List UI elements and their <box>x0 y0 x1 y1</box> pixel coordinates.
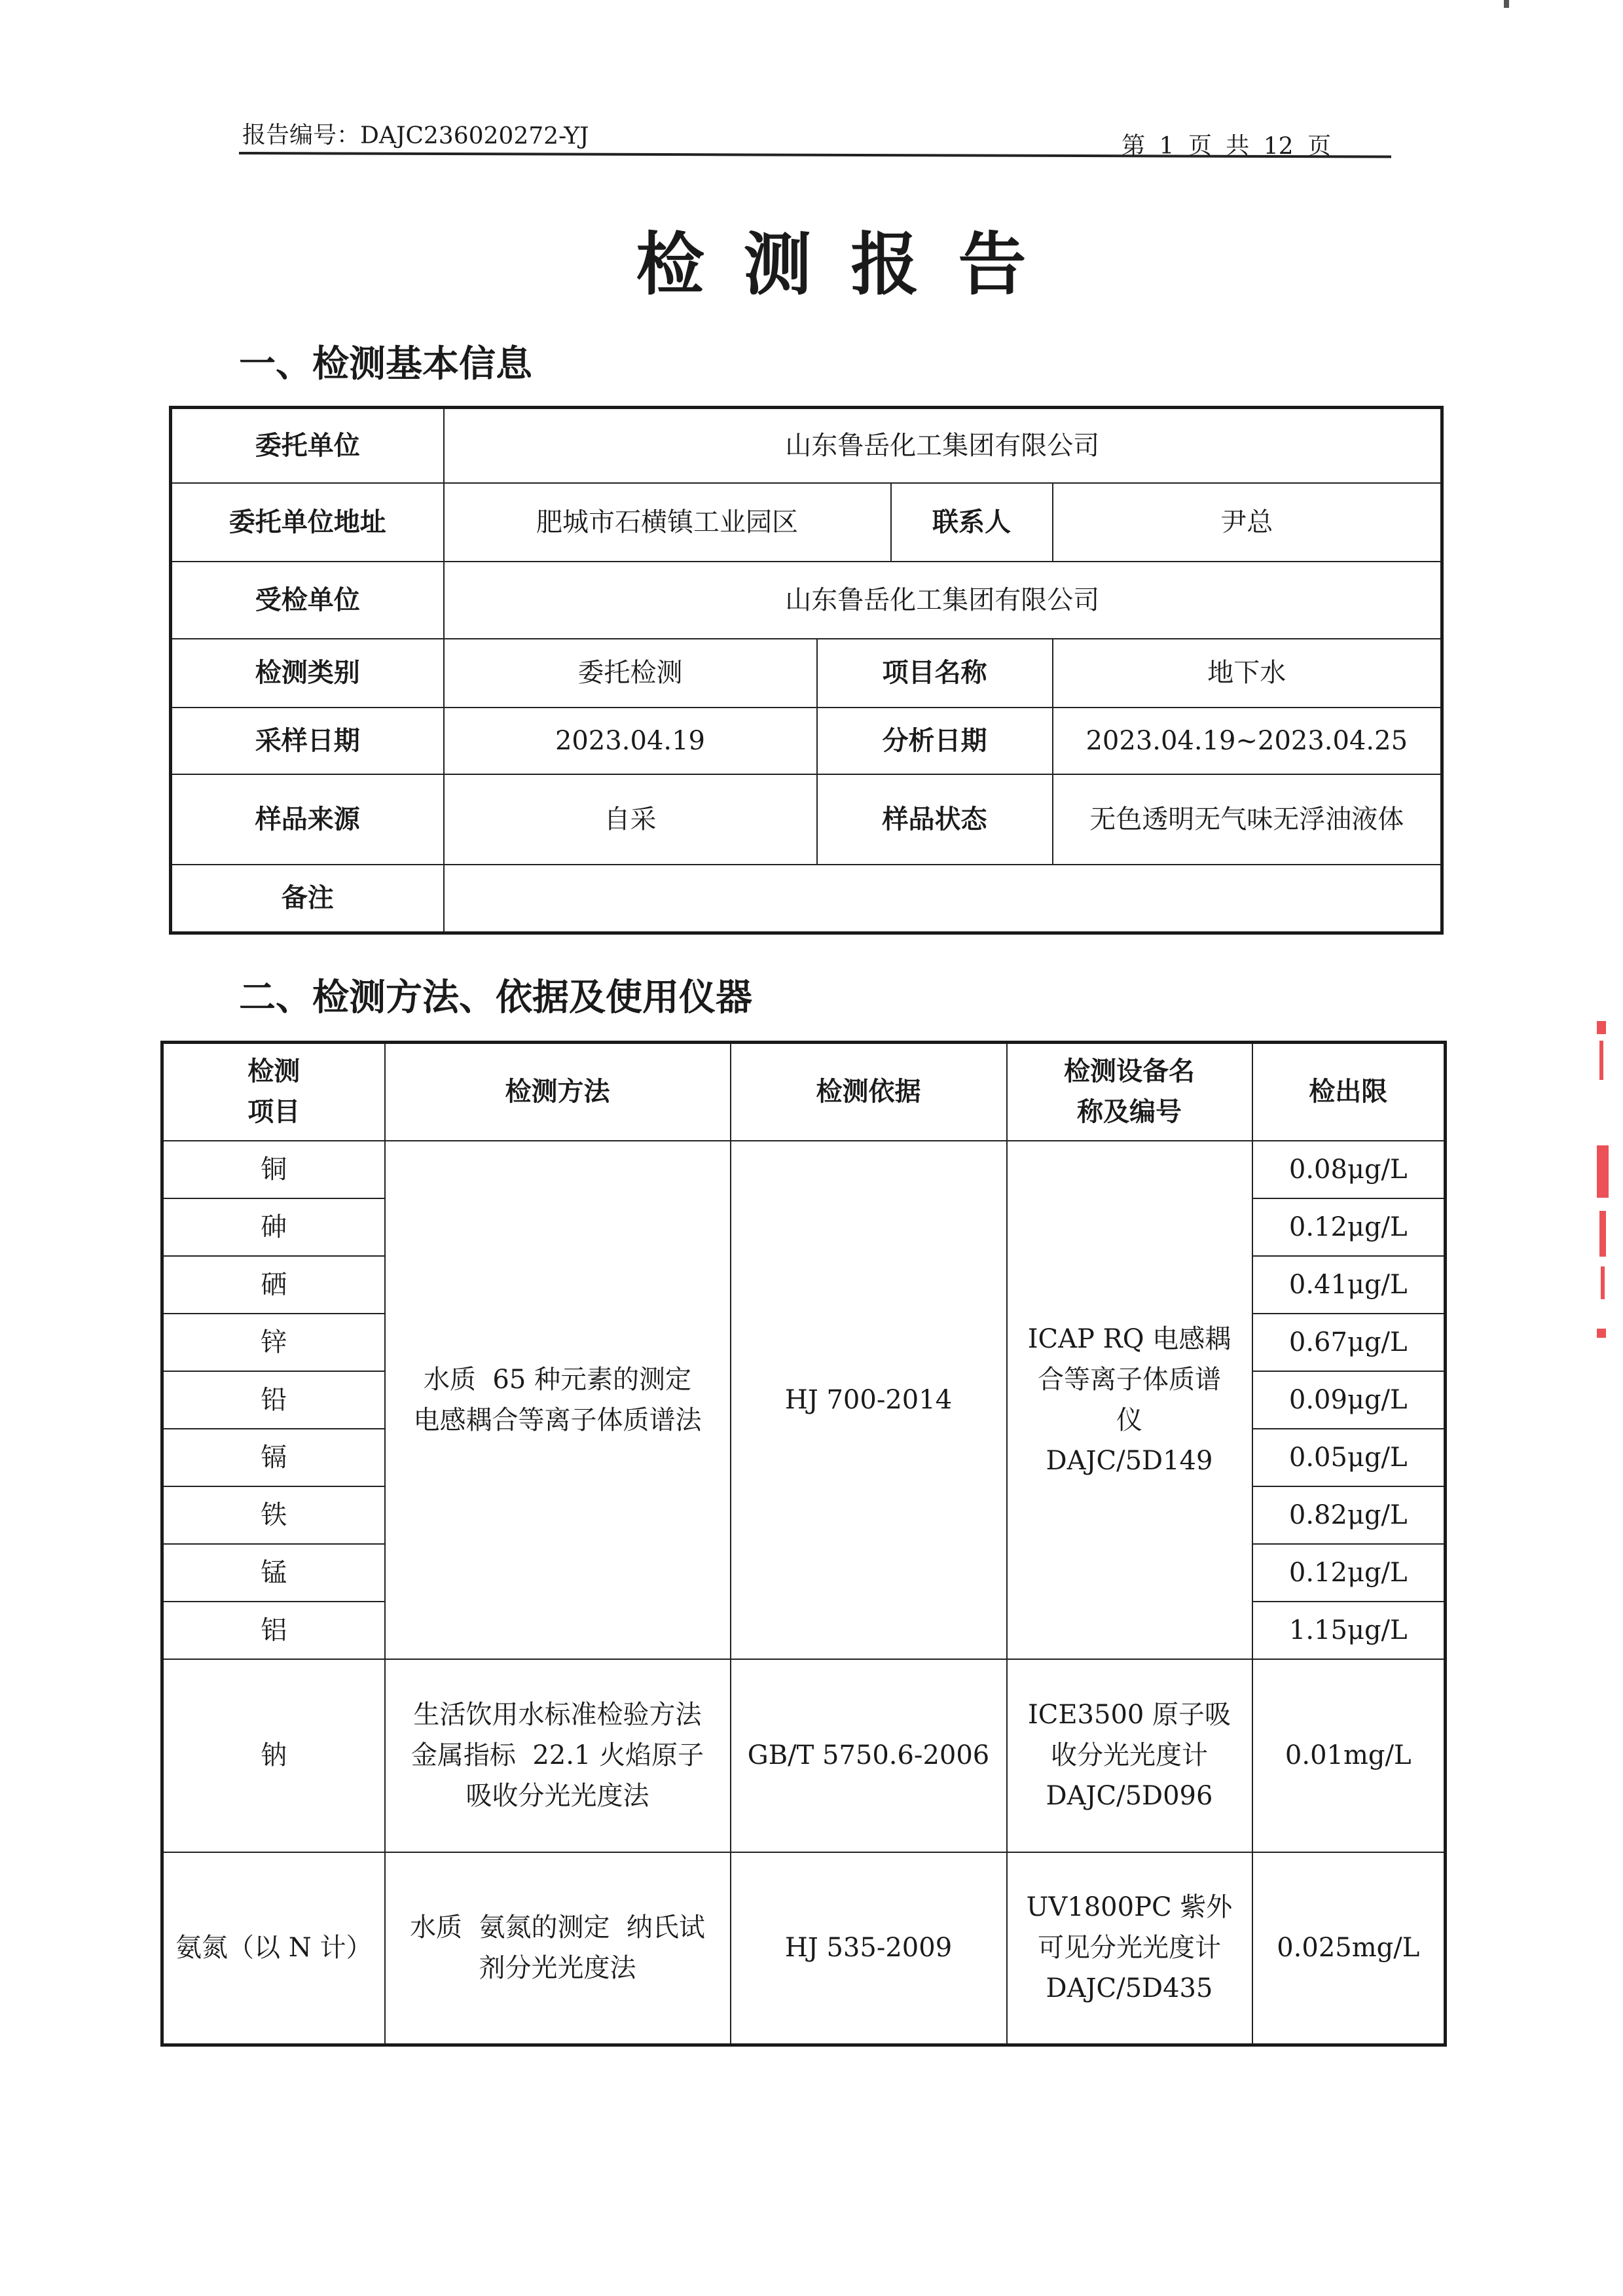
method-line: 剂分光光度法 <box>391 1948 725 1988</box>
method-line: 水质 氨氮的测定 纳氏试 <box>391 1907 725 1948</box>
inspected-unit-value: 山东鲁岳化工集团有限公司 <box>444 562 1442 639</box>
method-line: 生活饮用水标准检验方法 <box>391 1695 725 1735</box>
methods-table: 检测 项目 检测方法 检测依据 检测设备名 称及编号 检出限 铜 水质 65 种… <box>160 1041 1447 2047</box>
analysis-date-label: 分析日期 <box>817 708 1053 774</box>
table-row: 备注 <box>171 865 1442 933</box>
equipment-line: ICE3500 原子吸 <box>1013 1695 1247 1735</box>
item-name: 锌 <box>162 1314 385 1371</box>
equipment-line: 仪 <box>1013 1400 1247 1441</box>
method-line: 电感耦合等离子体质谱法 <box>391 1400 725 1441</box>
item-name: 砷 <box>162 1198 385 1256</box>
item-name: 锰 <box>162 1544 385 1602</box>
table-row: 委托单位地址 肥城市石横镇工业园区 联系人 尹总 <box>171 483 1442 562</box>
method-cell: 水质 氨氮的测定 纳氏试 剂分光光度法 <box>385 1852 731 2045</box>
method-line: 金属指标 22.1 火焰原子 <box>391 1735 725 1776</box>
col-header-detection-limit: 检出限 <box>1252 1043 1446 1141</box>
detection-limit: 0.12μg/L <box>1252 1198 1446 1256</box>
detection-limit: 0.05μg/L <box>1252 1429 1446 1486</box>
table-row: 采样日期 2023.04.19 分析日期 2023.04.19~2023.04.… <box>171 708 1442 774</box>
section1-heading: 一、检测基本信息 <box>239 335 532 387</box>
detection-limit: 0.41μg/L <box>1252 1256 1446 1314</box>
table-header-row: 检测 项目 检测方法 检测依据 检测设备名 称及编号 检出限 <box>162 1043 1446 1141</box>
col-header-item-line1: 检测 <box>169 1051 379 1092</box>
basic-info-table: 委托单位 山东鲁岳化工集团有限公司 委托单位地址 肥城市石横镇工业园区 联系人 … <box>169 406 1444 935</box>
page-indicator: 第 1 页 共 12 页 <box>1122 127 1331 161</box>
basis-cell: HJ 535-2009 <box>731 1852 1007 2045</box>
detection-limit: 0.08μg/L <box>1252 1141 1446 1198</box>
sample-state-label: 样品状态 <box>817 774 1053 865</box>
remarks-value <box>444 865 1442 933</box>
table-row: 受检单位 山东鲁岳化工集团有限公司 <box>171 562 1442 639</box>
sample-source-label: 样品来源 <box>171 774 444 865</box>
method-line: 水质 65 种元素的测定 <box>391 1359 725 1400</box>
item-name: 氨氮（以 N 计） <box>162 1852 385 2045</box>
table-row: 钠 生活饮用水标准检验方法 金属指标 22.1 火焰原子 吸收分光光度法 GB/… <box>162 1659 1446 1852</box>
basis-cell: HJ 700-2014 <box>731 1141 1007 1659</box>
document-title: 检测报告 <box>0 209 1623 308</box>
col-header-item-line2: 项目 <box>169 1092 379 1132</box>
col-header-basis: 检测依据 <box>731 1043 1007 1141</box>
item-name: 铝 <box>162 1602 385 1659</box>
test-type-value: 委托检测 <box>444 639 817 708</box>
equipment-cell: ICAP RQ 电感耦 合等离子体质谱 仪 DAJC/5D149 <box>1007 1141 1252 1659</box>
detection-limit: 0.01mg/L <box>1252 1659 1446 1852</box>
report-number: 报告编号：DAJC236020272-YJ <box>242 117 589 151</box>
detection-limit: 0.12μg/L <box>1252 1544 1446 1602</box>
detection-limit: 0.09μg/L <box>1252 1371 1446 1429</box>
equipment-line: 收分光光度计 <box>1013 1735 1247 1776</box>
project-name-value: 地下水 <box>1053 639 1442 708</box>
item-name: 硒 <box>162 1256 385 1314</box>
col-header-method: 检测方法 <box>385 1043 731 1141</box>
report-header: 报告编号：DAJC236020272-YJ 第 1 页 共 12 页 <box>239 113 1391 158</box>
seal-stamp-fragment <box>1597 1145 1609 1198</box>
equipment-line: DAJC/5D096 <box>1013 1776 1247 1816</box>
detection-limit: 0.82μg/L <box>1252 1486 1446 1544</box>
test-type-label: 检测类别 <box>171 639 444 708</box>
sampling-date-label: 采样日期 <box>171 708 444 774</box>
equipment-line: ICAP RQ 电感耦 <box>1013 1319 1247 1359</box>
section2-heading: 二、检测方法、依据及使用仪器 <box>239 969 752 1021</box>
seal-stamp-fragment <box>1599 1041 1603 1080</box>
sample-source-value: 自采 <box>444 774 817 865</box>
col-header-equipment: 检测设备名 称及编号 <box>1007 1043 1252 1141</box>
client-address-value: 肥城市石横镇工业园区 <box>445 484 890 561</box>
scan-corner-mark <box>1504 0 1509 8</box>
analysis-date-value: 2023.04.19~2023.04.25 <box>1053 708 1442 774</box>
detection-limit: 0.025mg/L <box>1252 1852 1446 2045</box>
equipment-cell: UV1800PC 紫外 可见分光光度计 DAJC/5D435 <box>1007 1852 1252 2045</box>
equipment-line: DAJC/5D149 <box>1013 1441 1247 1481</box>
seal-stamp-fragment <box>1599 1211 1606 1257</box>
inspected-unit-label: 受检单位 <box>171 562 444 639</box>
client-value: 山东鲁岳化工集团有限公司 <box>444 408 1442 483</box>
item-name: 钠 <box>162 1659 385 1852</box>
seal-stamp-fragment <box>1597 1021 1606 1034</box>
table-row: 氨氮（以 N 计） 水质 氨氮的测定 纳氏试 剂分光光度法 HJ 535-200… <box>162 1852 1446 2045</box>
seal-stamp-fragment <box>1597 1329 1606 1338</box>
client-address-label: 委托单位地址 <box>171 483 444 562</box>
seal-stamp-fragment <box>1601 1266 1605 1299</box>
table-row: 委托单位 山东鲁岳化工集团有限公司 <box>171 408 1442 483</box>
contact-value: 尹总 <box>1053 483 1442 562</box>
sample-state-value: 无色透明无气味无浮油液体 <box>1053 774 1442 865</box>
col-header-equipment-line1: 检测设备名 <box>1013 1051 1247 1092</box>
table-row: 样品来源 自采 样品状态 无色透明无气味无浮油液体 <box>171 774 1442 865</box>
detection-limit: 1.15μg/L <box>1252 1602 1446 1659</box>
project-name-label: 项目名称 <box>817 639 1053 708</box>
table-row: 检测类别 委托检测 项目名称 地下水 <box>171 639 1442 708</box>
client-address-cell: 肥城市石横镇工业园区 联系人 <box>444 483 1053 562</box>
sampling-date-value: 2023.04.19 <box>444 708 817 774</box>
item-name: 镉 <box>162 1429 385 1486</box>
table-row: 铜 水质 65 种元素的测定 电感耦合等离子体质谱法 HJ 700-2014 I… <box>162 1141 1446 1198</box>
remarks-label: 备注 <box>171 865 444 933</box>
contact-label: 联系人 <box>890 484 1052 561</box>
client-label: 委托单位 <box>171 408 444 483</box>
basis-cell: GB/T 5750.6-2006 <box>731 1659 1007 1852</box>
item-name: 铅 <box>162 1371 385 1429</box>
item-name: 铁 <box>162 1486 385 1544</box>
col-header-equipment-line2: 称及编号 <box>1013 1092 1247 1132</box>
method-line: 吸收分光光度法 <box>391 1776 725 1816</box>
equipment-line: 可见分光光度计 <box>1013 1928 1247 1968</box>
equipment-line: UV1800PC 紫外 <box>1013 1887 1247 1928</box>
method-cell: 水质 65 种元素的测定 电感耦合等离子体质谱法 <box>385 1141 731 1659</box>
detection-limit: 0.67μg/L <box>1252 1314 1446 1371</box>
equipment-cell: ICE3500 原子吸 收分光光度计 DAJC/5D096 <box>1007 1659 1252 1852</box>
equipment-line: DAJC/5D435 <box>1013 1968 1247 2009</box>
method-cell: 生活饮用水标准检验方法 金属指标 22.1 火焰原子 吸收分光光度法 <box>385 1659 731 1852</box>
equipment-line: 合等离子体质谱 <box>1013 1359 1247 1400</box>
col-header-item: 检测 项目 <box>162 1043 385 1141</box>
item-name: 铜 <box>162 1141 385 1198</box>
